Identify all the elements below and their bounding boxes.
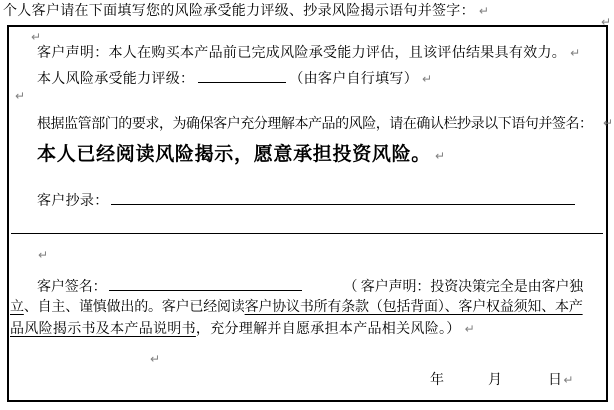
risk-disclosure-box: ↵ 客户声明：本人在购买本产品前已完成风险承受能力评估，且该评估结果具有效力。↵…: [7, 25, 608, 402]
signature-label: 客户签名：: [37, 280, 107, 295]
paragraph-mark-icon: ↵: [465, 322, 475, 336]
date-month-label: 月: [488, 372, 502, 389]
document-page: 个人客户请在下面填写您的风险承受能力评级、抄录风险揭示语句并签字：↵ ↵ ↵ 客…: [0, 0, 614, 410]
paragraph-mark-icon: ↵: [31, 31, 41, 43]
rating-label: 本人风险承受能力评级：: [37, 72, 194, 87]
paragraph-mark-icon: ↵: [15, 90, 25, 102]
signature-note-underlined: 品风险揭示书及本产品说明书: [10, 322, 196, 337]
paragraph-mark-icon: ↵: [422, 72, 432, 86]
paragraph-mark-icon: ↵: [479, 4, 489, 18]
signature-note-plain: ，充分理解并自愿承担本产品相关风险。）: [196, 322, 461, 337]
date-year-label: 年: [430, 372, 444, 389]
form-instruction: 个人客户请在下面填写您的风险承受能力评级、抄录风险揭示语句并签字：: [3, 4, 475, 19]
signature-line: 客户签名：（ 客户声明：投资决策完全是由客户独: [37, 277, 583, 296]
paragraph-mark-icon: ↵: [570, 46, 580, 60]
date-day-line: 日↵: [548, 372, 573, 389]
rating-hint: （由客户自行填写）: [289, 72, 418, 87]
customer-declaration-text: 客户声明：本人在购买本产品前已完成风险承受能力评估，且该评估结果具有效力。: [37, 46, 566, 61]
regulator-instruction-text: 根据监管部门的要求，为确保客户充分理解本产品的风险，请在确认栏抄录以下语句并签名…: [37, 116, 593, 133]
signature-note-underlined: 立: [10, 300, 24, 315]
rating-line: 本人风险承受能力评级：（由客户自行填写）↵: [37, 69, 432, 88]
transcription-blank-line-2[interactable]: [11, 233, 603, 234]
customer-declaration-line: 客户声明：本人在购买本产品前已完成风险承受能力评估，且该评估结果具有效力。↵: [37, 45, 580, 62]
signature-note-line3: 品风险揭示书及本产品说明书，充分理解并自愿承担本产品相关风险。）↵: [10, 321, 475, 338]
rating-blank-field[interactable]: [198, 69, 286, 83]
signature-note-line2: 立、自主、谨慎做出的。客户已经阅读客户协议书所有条款（包括背面）、客户权益须知、…: [10, 299, 583, 316]
paragraph-mark-icon: ↵: [603, 117, 613, 129]
transcription-blank-line-1[interactable]: [111, 191, 575, 205]
transcription-line: 客户抄录：: [37, 191, 575, 210]
signature-note-line1: （ 客户声明：投资决策完全是由客户独: [344, 280, 584, 295]
signature-note-plain: 、自主、谨慎做出的。客户已经阅读: [24, 300, 245, 315]
paragraph-mark-icon: ↵: [435, 149, 445, 163]
paragraph-mark-icon: ↵: [38, 249, 48, 261]
signature-note-underlined: 客户协议书所有条款（包括背面）、客户权益须知、本产: [245, 300, 583, 315]
form-instruction-line: 个人客户请在下面填写您的风险承受能力评级、抄录风险揭示语句并签字：↵: [3, 3, 489, 20]
paragraph-mark-icon: ↵: [150, 353, 160, 365]
transcription-label: 客户抄录：: [37, 194, 109, 209]
date-day-label: 日: [548, 373, 562, 388]
paragraph-mark-icon: ↵: [563, 373, 573, 387]
signature-blank-field[interactable]: [109, 277, 302, 291]
risk-statement-text: 本人已经阅读风险揭示，愿意承担投资风险。: [37, 144, 431, 165]
risk-statement-line: 本人已经阅读风险揭示，愿意承担投资风险。↵: [37, 143, 445, 166]
